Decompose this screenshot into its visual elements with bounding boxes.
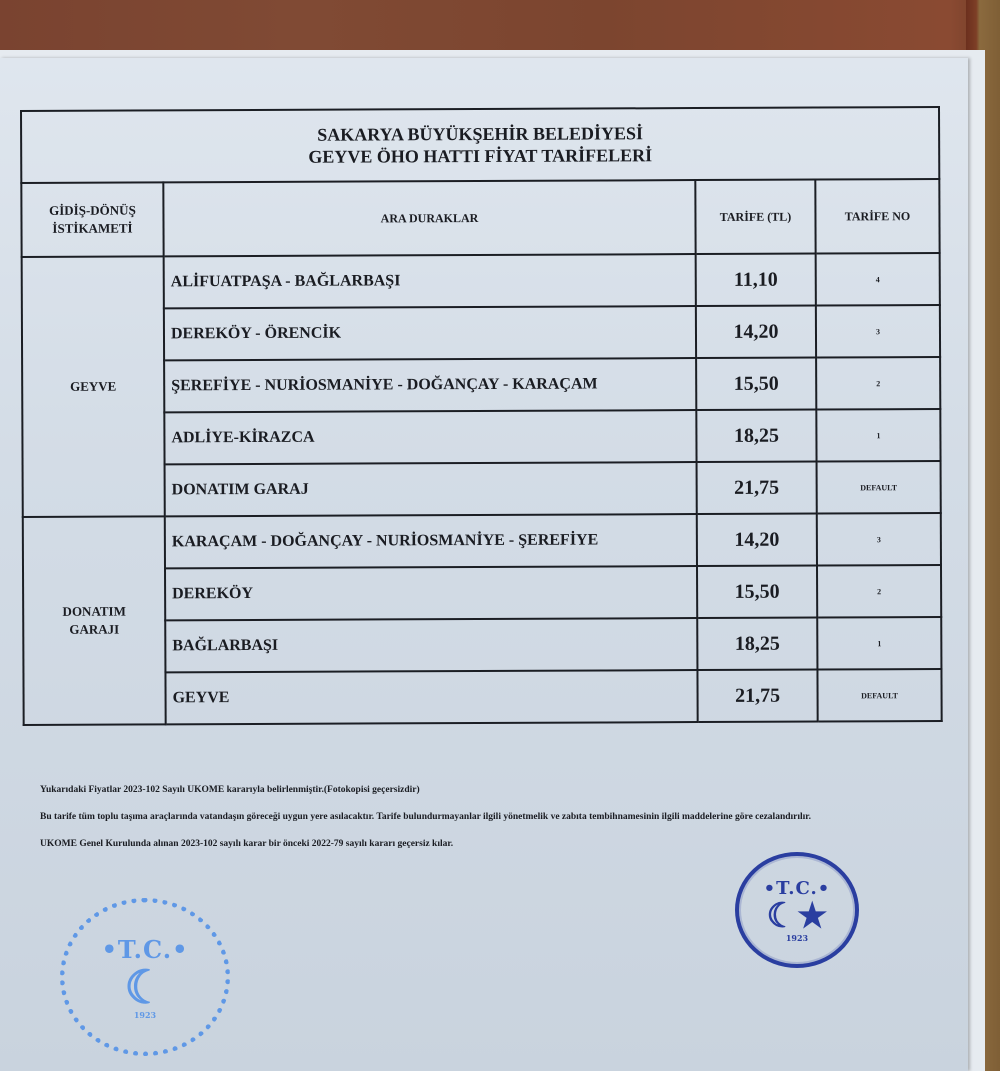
tariff-no-cell: 2	[817, 565, 941, 618]
price-cell: 21,75	[697, 462, 817, 515]
tariff-no-cell: 3	[817, 513, 941, 566]
price-cell: 11,10	[696, 254, 816, 307]
tariff-table: SAKARYA BÜYÜKŞEHİR BELEDİYESİ GEYVE ÖHO …	[20, 106, 943, 726]
note-posting-requirement: Bu tarife tüm toplu taşıma araçlarında v…	[40, 811, 930, 824]
header-tariff-no: TARİFE NO	[815, 179, 939, 254]
header-direction: GİDİŞ-DÖNÜŞ İSTİKAMETİ	[21, 182, 163, 257]
stops-cell: DEREKÖY - ÖRENCİK	[164, 306, 696, 360]
stops-cell: KARAÇAM - DOĞANÇAY - NURİOSMANİYE - ŞERE…	[165, 514, 697, 568]
header-direction-line2: İSTİKAMETİ	[22, 219, 162, 238]
document-title: SAKARYA BÜYÜKŞEHİR BELEDİYESİ GEYVE ÖHO …	[21, 107, 939, 183]
price-cell: 15,50	[697, 566, 817, 619]
direction-line1: DONATIM	[24, 602, 164, 621]
price-cell: 14,20	[697, 514, 817, 567]
stops-cell: DONATIM GARAJ	[165, 462, 697, 516]
note-price-decision: Yukarıdaki Fiyatlar 2023-102 Sayılı UKOM…	[40, 784, 930, 797]
price-cell: 15,50	[696, 358, 816, 411]
header-stops: ARA DURAKLAR	[163, 180, 695, 256]
direction-line2: GARAJI	[24, 620, 164, 639]
price-cell: 14,20	[696, 306, 816, 359]
stops-cell: BAĞLARBAŞI	[165, 618, 697, 672]
header-direction-line1: GİDİŞ-DÖNÜŞ	[22, 201, 162, 220]
tariff-no-cell: 1	[817, 617, 941, 670]
table-row: GEYVE ALİFUATPAŞA - BAĞLARBAŞI 11,10 4	[22, 253, 940, 309]
stops-cell: ADLİYE-KİRAZCA	[164, 410, 696, 464]
stops-cell: GEYVE	[165, 670, 697, 724]
stops-cell: ŞEREFİYE - NURİOSMANİYE - DOĞANÇAY - KAR…	[164, 358, 696, 412]
stops-cell: ALİFUATPAŞA - BAĞLARBAŞI	[164, 254, 696, 308]
table-row: DONATIM GARAJI KARAÇAM - DOĞANÇAY - NURİ…	[23, 513, 941, 569]
price-cell: 18,25	[697, 618, 817, 671]
tariff-no-cell: DEFAULT	[817, 669, 941, 722]
tariff-no-cell: DEFAULT	[817, 461, 941, 514]
seal-year: 1923	[134, 1010, 156, 1020]
price-cell: 18,25	[696, 410, 816, 463]
price-cell: 21,75	[697, 670, 817, 723]
tariff-no-cell: 2	[816, 357, 940, 410]
crescent-icon: ☾	[124, 964, 165, 1010]
official-seal-stamp-faded: •T.C.• ☾ 1923	[60, 898, 230, 1056]
tariff-no-cell: 3	[816, 305, 940, 358]
title-line-2: GEYVE ÖHO HATTI FİYAT TARİFELERİ	[22, 143, 938, 169]
direction-geyve: GEYVE	[22, 256, 165, 517]
official-seal-stamp: •T.C.• ☾★ 1923	[735, 852, 859, 968]
crescent-star-icon: ☾★	[767, 899, 828, 933]
tariff-no-cell: 1	[816, 409, 940, 462]
note-supersedes: UKOME Genel Kurulunda alınan 2023-102 sa…	[40, 838, 930, 851]
seal-year: 1923	[786, 933, 808, 943]
stops-cell: DEREKÖY	[165, 566, 697, 620]
direction-donatim-garaji: DONATIM GARAJI	[23, 516, 166, 725]
header-price: TARİFE (TL)	[695, 180, 815, 255]
tariff-no-cell: 4	[816, 253, 940, 306]
